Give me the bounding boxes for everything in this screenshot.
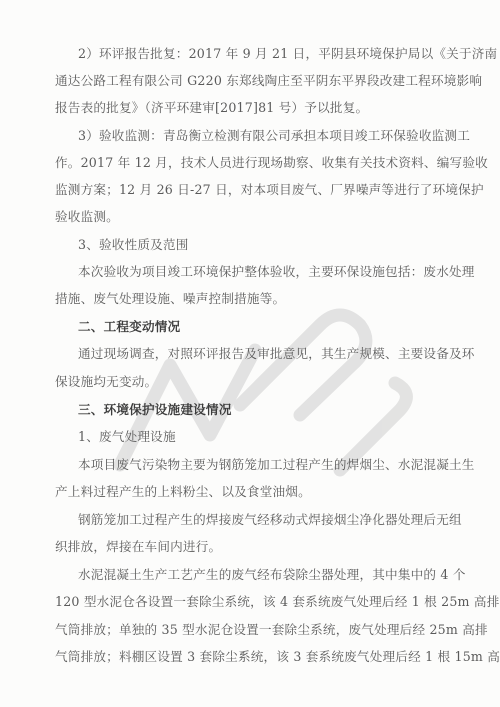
paragraph-line: 作。2017 年 12 月，技术人员进行现场勘察、收集有关技术资料、编写验收 [55,154,437,172]
paragraph-line: 产上料过程产生的上料粉尘、以及食堂油烟。 [55,483,437,501]
paragraph-line: 120 型水泥仓各设置一套除尘系统，该 4 套系统废气处理后经 1 根 25m … [55,593,437,611]
paragraph-line: 气筒排放；料棚区设置 3 套除尘系统，该 3 套系统废气处理后经 1 根 15m… [55,648,437,666]
section-heading: 二、工程变动情况 [78,318,437,336]
paragraph-line: 本次验收为项目竣工环境保护整体验收，主要环保设施包括：废水处理 [78,263,437,281]
paragraph-line: 通达公路工程有限公司 G220 东郑线陶庄至平阴东平界段改建工程环境影响 [55,72,437,90]
paragraph-line: 保设施均无变动。 [55,373,437,391]
page-number: 2 [240,651,245,660]
paragraph-line: 3、验收性质及范围 [78,236,437,254]
paragraph-line: 钢筋笼加工过程产生的焊接废气经移动式焊接烟尘净化器处理后无组 [78,511,437,529]
paragraph-line: 报告表的批复》（济平环建审[2017]81 号）予以批复。 [55,99,437,117]
paragraph-line: 水泥混凝土生产工艺产生的废气经布袋除尘器处理，其中集中的 4 个 [78,566,437,584]
paragraph-line: 1、废气处理设施 [78,428,437,446]
paragraph-line: 2）环评报告批复：2017 年 9 月 21 日，平阴县环境保护局以《关于济南 [78,45,437,63]
document-page: 2）环评报告批复：2017 年 9 月 21 日，平阴县环境保护局以《关于济南通… [0,0,500,707]
paragraph-line: 本项目废气污染物主要为钢筋笼加工过程产生的焊烟尘、水泥混凝土生 [78,456,437,474]
paragraph-line: 3）验收监测：青岛衡立检测有限公司承担本项目竣工环保验收监测工 [78,127,437,145]
paragraph-line: 气筒排放；单独的 35 型水泥仓设置一套除尘系统，废气处理后经 25m 高排 [55,621,437,639]
paragraph-line: 监测方案；12 月 26 日-27 日，对本项目废气、厂界噪声等进行了环境保护 [55,181,437,199]
paragraph-line: 通过现场调查，对照环评报告及审批意见，其生产规模、主要设备及环 [78,345,437,363]
section-heading: 三、环境保护设施建设情况 [78,401,437,419]
paragraph-line: 措施、废气处理设施、噪声控制措施等。 [55,290,437,308]
paragraph-line: 验收监测。 [55,208,437,226]
paragraph-line: 织排放，焊接在车间内进行。 [55,538,437,556]
